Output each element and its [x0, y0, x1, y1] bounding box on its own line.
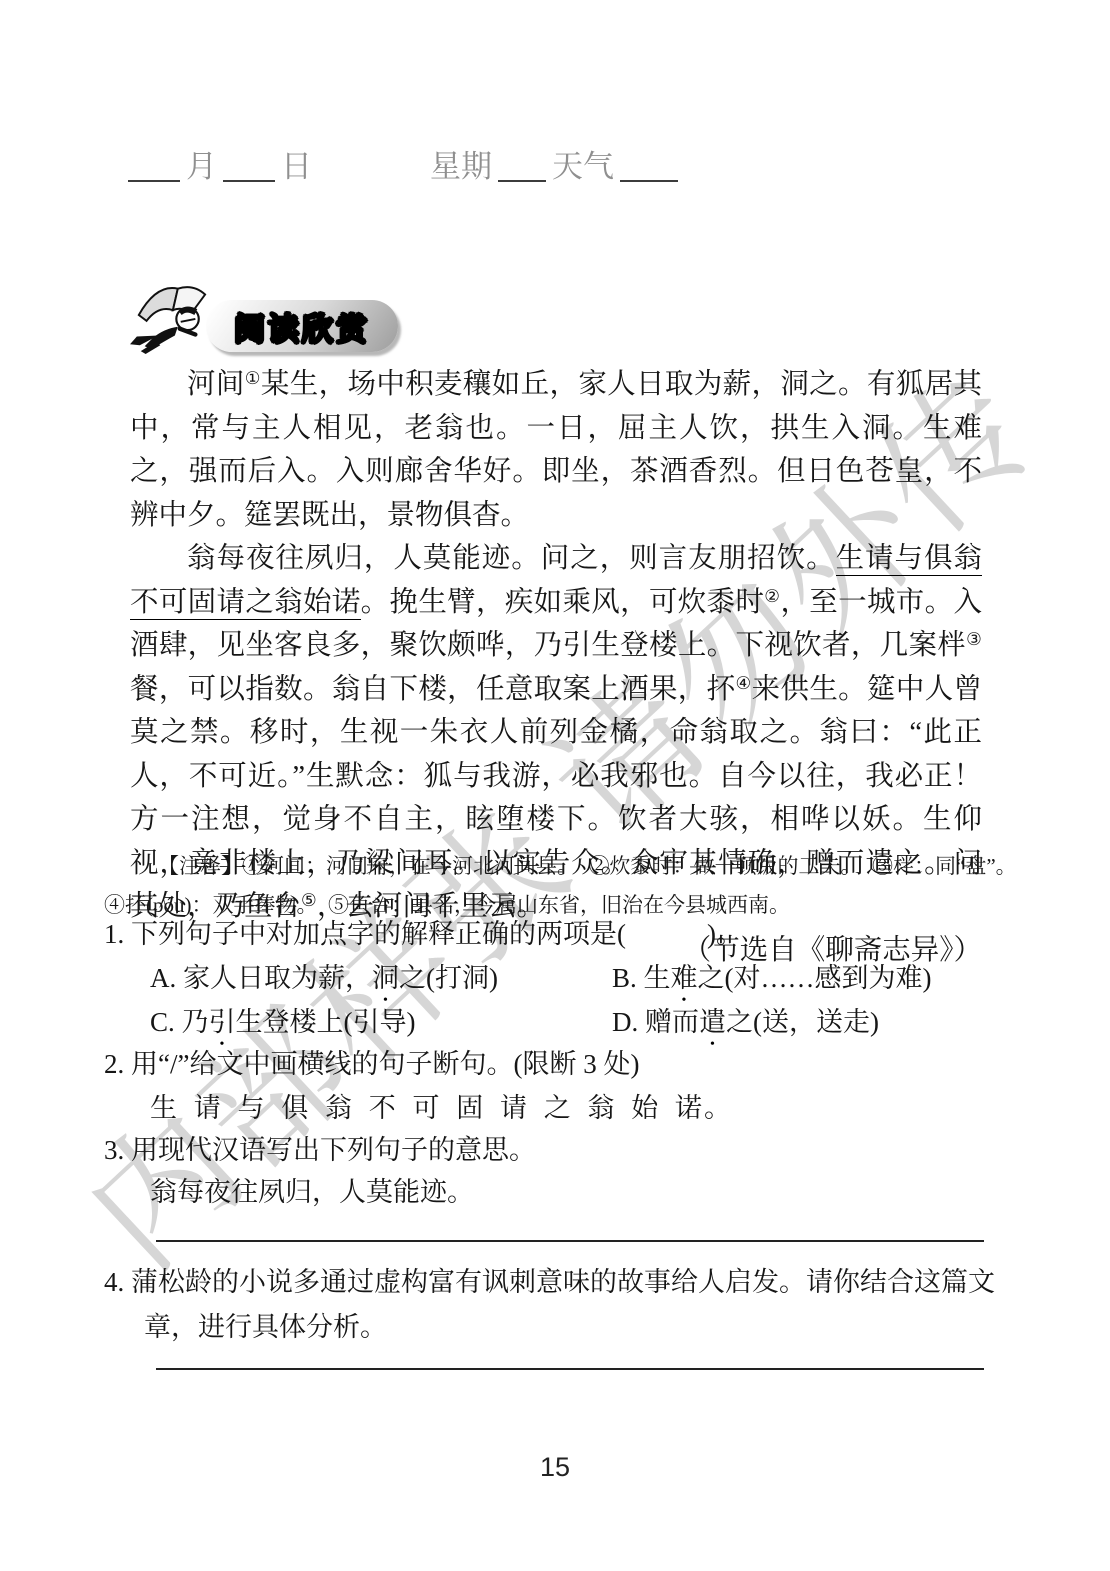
section-badge-pill: 阅读欣赏 [206, 300, 398, 352]
page-number: 15 [0, 1452, 1110, 1483]
question-2-stem: 2. 用“/”给文中画横线的句子断句。(限断 3 处) [104, 1046, 639, 1082]
question-1-option-d: D. 赠而遣之(送，送走) [612, 1004, 879, 1052]
weather-blank [620, 150, 678, 182]
notes-line-1: 【注释】①河间：河间府，在今河北河间县。 ②炊黍时：做一顿饭的工夫。 ③柈：同“… [104, 847, 1004, 886]
day-label: 日 [275, 151, 318, 182]
reading-flyer-icon [118, 276, 222, 354]
week-blank [498, 150, 546, 182]
answer-line-2 [156, 1368, 984, 1370]
question-2-sentence: 生 请 与 俱 翁 不 可 固 请 之 翁 始 诺。 [150, 1090, 733, 1126]
question-1-option-b: B. 生难之(对……感到为难) [612, 960, 932, 1008]
question-1-option-c: C. 乃引生登楼上(引导) [150, 1004, 416, 1052]
month-blank [128, 150, 180, 182]
date-line: 月 日 星期 天气 [128, 150, 678, 182]
workbook-page: 内部样张 请勿外传 月 日 星期 天气 阅读欣赏 河间①某生，场中积麦穰如丘，家… [0, 0, 1110, 1571]
week-label: 星期 [424, 151, 498, 182]
question-3-stem: 3. 用现代汉语写出下列句子的意思。 [104, 1132, 536, 1168]
question-1-option-a: A. 家人日取为薪，洞之(打洞) [150, 960, 498, 1008]
question-3-sentence: 翁每夜往夙归，人莫能迹。 [150, 1174, 474, 1210]
passage-paragraph-1: 河间①某生，场中积麦穰如丘，家人日取为薪，洞之。有狐居其中，常与主人相见，老翁也… [130, 363, 982, 537]
question-1-stem: 1. 下列句子中对加点字的解释正确的两项是( )。 [104, 916, 743, 952]
weather-label: 天气 [546, 151, 620, 182]
question-4-stem: 4. 蒲松龄的小说多通过虚构富有讽刺意味的故事给人启发。请你结合这篇文章，进行具… [104, 1260, 1030, 1350]
answer-line-1 [156, 1240, 984, 1242]
month-label: 月 [180, 151, 223, 182]
day-blank [223, 150, 275, 182]
section-badge-label: 阅读欣赏 [234, 304, 370, 349]
section-badge: 阅读欣赏 [118, 276, 398, 354]
questions: 1. 下列句子中对加点字的解释正确的两项是( )。 A. 家人日取为薪，洞之(打… [104, 908, 990, 1378]
